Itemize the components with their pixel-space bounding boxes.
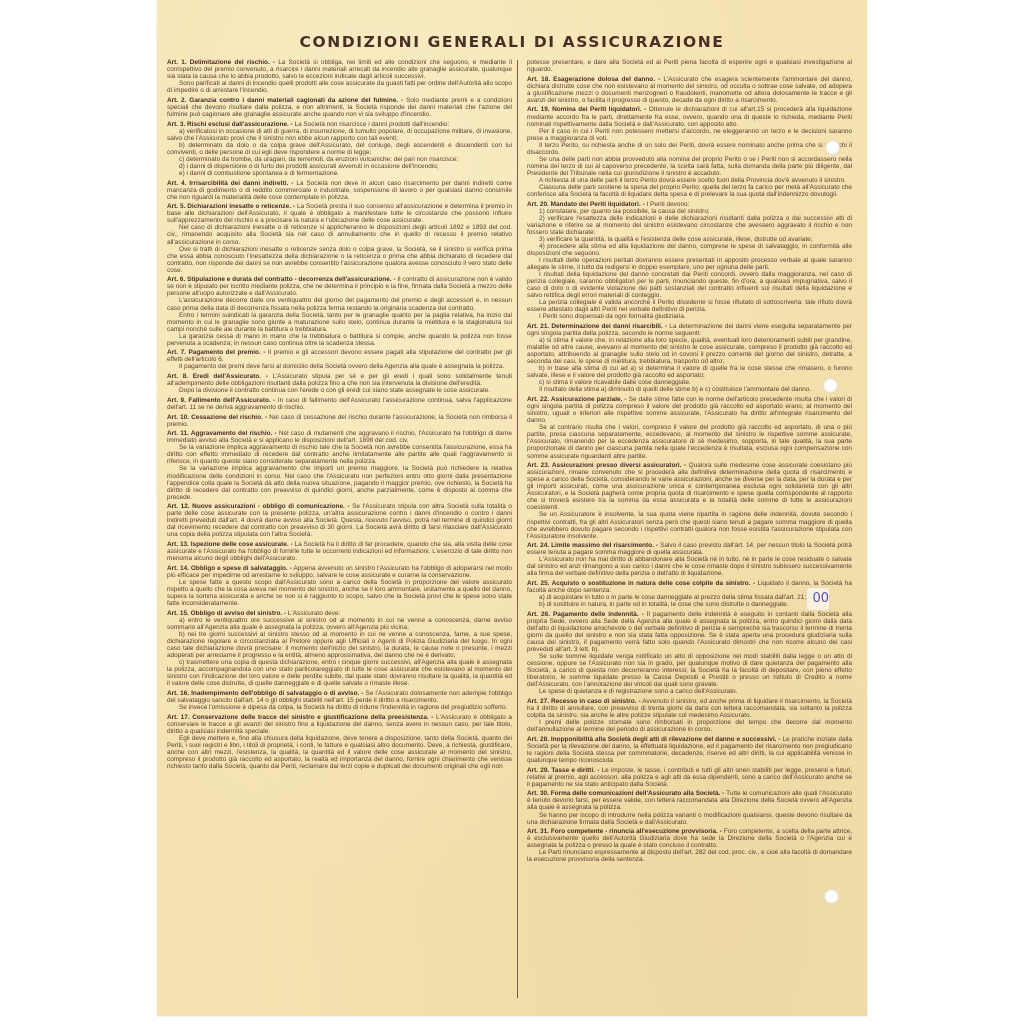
article-paragraph: b) determinato da dolo o da colpa grave … [167,142,512,156]
article-paragraph: L'Assicurato non ha mai diritto di abban… [527,556,852,577]
article-text: Se al contrario risulta che i valori, co… [527,424,852,459]
article-paragraph: Se invece l'omissione è dipesa da colpa,… [167,704,512,711]
article-text: Dopo la divisione il contratto continua … [179,387,490,394]
article-paragraph: Se la variazione implica aggravamento di… [167,444,512,465]
article: Art. 24. Limite massimo del risarcimento… [527,542,852,577]
article-paragraph: Il terzo Perito, su richiesta anche di u… [527,142,852,156]
article-heading: Art. 31. Foro competente - rinuncia all'… [527,828,722,835]
article-heading: Art. 17. Conservazione delle tracce del … [167,714,433,721]
article-heading: Art. 3. Rischi esclusi dall'assicurazion… [167,121,293,128]
article-text: b) in base alla stima di cui ad a) si de… [527,365,852,379]
article-text: Le Parti rinunciano espressamente al dis… [527,849,852,863]
article-paragraph: 3) verificare la quantità, la qualità e … [527,236,852,243]
article-paragraph: 1) constatare, per quanto sia possibile,… [527,208,852,215]
article-heading: Art. 29. Tasse e diritti. - [527,767,599,774]
article-paragraph: d) i danni di dispersione o di furto dei… [167,163,512,170]
article-paragraph: I risultati delle operazioni peritali do… [527,257,852,271]
article: Art. 18. Esagerazione dolosa del danno. … [527,76,852,104]
article-paragraph: c) trasmettere una copia di questa dichi… [167,659,512,687]
punch-hole [825,140,840,155]
article: Art. 16. Inadempimento dell'obbligo di s… [167,690,512,711]
article: potesse presentare, e dare alla Società … [527,59,852,73]
article-text: b) nei tre giorni successivi al sinistro… [167,631,512,659]
article: Art. 3. Rischi esclusi dall'assicurazion… [167,121,512,177]
article-text: 2) verificare l'esattezza delle indicazi… [527,215,852,236]
article-text: I Periti sono dispensati da ogni formali… [539,313,686,320]
article-paragraph: A richiesta di una delle parti il terzo … [527,177,852,184]
article-paragraph: Art. 17. Conservazione delle tracce del … [167,714,512,735]
article-heading: Art. 4. Irrisarcibilità dei danni indire… [167,180,293,187]
article: Art. 19. Nomina dei Periti liquidatori. … [527,106,852,198]
article-paragraph: I Periti sono dispensati da ogni formali… [527,313,852,320]
article-text: a) di acquistare in tutto o in parte le … [539,594,806,601]
article-text: c) determinato da trombe, da uragani, da… [179,156,458,163]
article-heading: Art. 25. Acquisto o sostituzione in natu… [527,580,755,587]
ink-stamp: 00 [807,588,829,610]
article: Art. 11. Aggravamento del rischio. - Nel… [167,430,512,500]
article-paragraph: Se un Assicuratore è insolvente, la sua … [527,511,852,539]
page-title: CONDIZIONI GENERALI DI ASSICURAZIONE [157,33,867,51]
article-heading: Art. 10. Cessazione del rischio. - [167,414,267,421]
article-paragraph: Art. 14. Obbligo e spese di salvataggio.… [167,565,512,579]
article: Art. 17. Conservazione delle tracce del … [167,714,512,770]
article-text: Nel caso di dichiarazioni inesatte o di … [167,224,512,245]
article: Art. 9. Fallimento dell'Assicurato. - In… [167,397,512,411]
article-heading: Art. 12. Nuove assicurazioni - obbligo d… [167,503,350,510]
article-paragraph: Se al contrario risulta che i valori, co… [527,424,852,459]
article-paragraph: Art. 23. Assicurazioni presso diversi as… [527,462,852,511]
article-paragraph: c) determinato da trombe, da uragani, da… [167,156,512,163]
article-text: 3) verificare la quantità, la qualità e … [539,236,813,243]
article-text: a) si stima il valore che, in relazione … [527,337,852,365]
article-heading: Art. 15. Obbligo di avviso del sinistro.… [167,610,286,617]
article-paragraph: Art. 18. Esagerazione dolosa del danno. … [527,76,852,104]
article: Art. 22. Assicurazione parziale. - Se da… [527,396,852,459]
article-text: potesse presentare, e dare alla Società … [527,59,852,73]
article-paragraph: Art. 30. Forma delle comunicazioni dell'… [527,790,852,811]
article-paragraph: 4) procedere alla stima ed alla liquidaz… [527,243,852,257]
punch-hole [824,889,839,904]
article-text: Il risultato della stima a) diminuito di… [539,386,811,393]
article-text: Sono parificati ai danni di incendio que… [167,80,512,94]
article-paragraph: Nel caso di dichiarazioni inesatte o di … [167,224,512,245]
article-paragraph: Art. 19. Nomina dei Periti liquidatori. … [527,106,852,127]
article-text: I risultati della liquidazione del danno… [527,271,852,299]
article-paragraph: La garanzia cessa di mano in mano che la… [167,333,512,347]
article: Art. 30. Forma delle comunicazioni dell'… [527,790,852,825]
article-heading: Art. 19. Nomina dei Periti liquidatori. … [527,106,646,113]
article-heading: Art. 7. Pagamento del premio. - [167,349,265,356]
article-paragraph: Se sulle somme liquidate venga notificat… [527,653,852,688]
article-paragraph: Art. 25. Acquisto o sostituzione in natu… [527,580,852,594]
article-paragraph: potesse presentare, e dare alla Società … [527,59,852,73]
article-heading: Art. 16. Inadempimento dell'obbligo di s… [167,690,364,697]
article: Art. 2. Garanzia contro i danni material… [167,97,512,118]
article-text: A richiesta di una delle parti il terzo … [539,177,846,184]
article-paragraph: Per il caso in cui i Periti non potesser… [527,128,852,142]
article: Art. 23. Assicurazioni presso diversi as… [527,462,852,540]
article-paragraph: Egli deve mettere e, fino alla chiusura … [167,735,512,770]
article-paragraph: Sono parificati ai danni di incendio que… [167,80,512,94]
article-heading: Art. 28. Inopponibilità alla Società deg… [527,736,781,743]
article-text: Ciascuna delle parti sostiene la spesa d… [527,184,852,198]
article-paragraph: I premi delle polizze stornate sono rimb… [527,719,852,733]
article-paragraph: Le spese di quietanza e di registrazione… [527,688,852,695]
article-paragraph: Dopo la divisione il contratto continua … [167,387,512,394]
article-paragraph: Art. 31. Foro competente - rinuncia all'… [527,828,852,849]
article-paragraph: Art. 6. Stipulazione e durata del contra… [167,276,512,297]
article-heading: Art. 14. Obbligo e spese di salvataggio.… [167,565,292,572]
article-paragraph: Ciascuna delle parti sostiene la spesa d… [527,184,852,198]
article: Art. 14. Obbligo e spese di salvataggio.… [167,565,512,607]
article-text: La garanzia cessa di mano in mano che la… [167,333,512,347]
article-text: L'assicurazione decorre dalle ore ventiq… [167,297,512,311]
article-text: Se la variazione implica aggravamento ch… [167,465,512,500]
article-text: Qualora sulle medesime cose assicurate c… [527,462,852,511]
article-text: Le spese fatte a questo scopo dall'Assic… [167,579,512,607]
article-paragraph: Art. 12. Nuove assicurazioni - obbligo d… [167,503,512,538]
article-paragraph: b) nei tre giorni successivi al sinistro… [167,631,512,659]
article-paragraph: Art. 5. Dichiarazioni inesatte o reticen… [167,203,512,224]
article: Art. 4. Irrisarcibilità dei danni indire… [167,180,512,201]
article: Art. 15. Obbligo di avviso del sinistro.… [167,610,512,688]
article-heading: Art. 21. Determinazione dei danni risarc… [527,323,667,330]
article-paragraph: b) di sostituire in natura, in parte od … [527,601,852,608]
article-text: L'Assicurato non ha mai diritto di abban… [527,556,852,577]
article: Art. 6. Stipulazione e durata del contra… [167,276,512,346]
article-paragraph: I risultati della liquidazione del danno… [527,271,852,299]
article-text: Ove si tratti di dichiarazioni inesatte … [167,246,512,274]
article-heading: Art. 1. Delimitazione del rischio. - [167,59,275,66]
article-heading: Art. 20. Mandato dei Periti liquidatori.… [527,201,645,208]
column-divider [517,60,518,998]
article-text: e) i danni di combustione spontanea e di… [179,170,339,177]
article: Art. 7. Pagamento del premio. - Il premi… [167,349,512,370]
article-text: Egli deve mettere e, fino alla chiusura … [167,735,512,770]
article-paragraph: Art. 27. Recesso in caso di sinistro. - … [527,698,852,719]
article-heading: Art. 30. Forma delle comunicazioni dell'… [527,790,724,797]
article-paragraph: Art. 22. Assicurazione parziale. - Se da… [527,396,852,424]
article-text: a) verificatosi in occasione di atti di … [167,128,512,142]
article-heading: Art. 23. Assicurazioni presso diversi as… [527,462,686,469]
article: Art. 5. Dichiarazioni inesatte o reticen… [167,203,512,273]
article: Art. 28. Inopponibilità alla Società deg… [527,736,852,764]
article-heading: Art. 24. Limite massimo del risarcimento… [527,542,658,549]
left-column: Art. 1. Delimitazione del rischio. - La … [167,59,512,773]
article-text: b) determinato da dolo o da colpa grave … [167,142,512,156]
article-text: L'Assicurato deve: [288,610,340,617]
article-paragraph: a) verificatosi in occasione di atti di … [167,128,512,142]
article: Art. 31. Foro competente - rinuncia all'… [527,828,852,863]
article-text: 1) constatare, per quanto sia possibile,… [539,208,710,215]
article-text: Entro i termini suindicati la garanzia d… [167,312,512,333]
article-paragraph: Entro i termini suindicati la garanzia d… [167,312,512,333]
article-paragraph: Art. 11. Aggravamento del rischio. - Nel… [167,430,512,444]
article-text: Se invece l'omissione è dipesa da colpa,… [179,704,507,711]
article-paragraph: Art. 24. Limite massimo del risarcimento… [527,542,852,556]
article-paragraph: a) di acquistare in tutto o in parte le … [527,594,852,601]
article: Art. 20. Mandato dei Periti liquidatori.… [527,201,852,321]
article-text: Se un Assicuratore è insolvente, la sua … [527,511,852,539]
article-text: Per il caso in cui i Periti non potesser… [527,128,852,142]
article-paragraph: Le spese fatte a questo scopo dall'Assic… [167,579,512,607]
article-text: c) si stima il valore ricavabile dalle c… [539,379,691,386]
article-paragraph: Le Parti rinunciano espressamente al dis… [527,849,852,863]
article-text: 4) procedere alla stima ed alla liquidaz… [527,243,852,257]
article-heading: Art. 18. Esagerazione dolosa del danno. … [527,76,660,83]
article-heading: Art. 5. Dichiarazioni inesatte o reticen… [167,203,295,210]
article-text: c) trasmettere una copia di questa dichi… [167,659,512,687]
article: Art. 8. Eredi dell'Assicurato. - L'Assic… [167,373,512,394]
article-paragraph: c) si stima il valore ricavabile dalle c… [527,379,852,386]
article-paragraph: Il pagamento dei premi deve farsi al dom… [167,363,512,370]
article-text: La perizia collegiale è valida ancorchè … [527,299,852,313]
article: Art. 10. Cessazione del rischio. - Nel c… [167,414,512,428]
article-text: I risultati delle operazioni peritali do… [527,257,852,271]
article-paragraph: a) entro le ventiquattro ore successive … [167,617,512,631]
article-text: I Periti devono: [646,201,689,208]
article-text: a) entro le ventiquattro ore successive … [167,617,512,631]
article: Art. 26. Pagamento delle indennità. - Il… [527,611,852,696]
article-text: Se hanno per iscopo di introdurre nella … [527,812,852,826]
article-text: I premi delle polizze stornate sono rimb… [527,719,852,733]
article-paragraph: Art. 29. Tasse e diritti. - Le imposte, … [527,767,852,788]
article-paragraph: Art. 4. Irrisarcibilità dei danni indire… [167,180,512,201]
article-paragraph: Art. 21. Determinazione dei danni risarc… [527,323,852,337]
article-paragraph: Art. 1. Delimitazione del rischio. - La … [167,59,512,80]
article-paragraph: Art. 7. Pagamento del premio. - Il premi… [167,349,512,363]
article-paragraph: La perizia collegiale è valida ancorchè … [527,299,852,313]
article-paragraph: Art. 10. Cessazione del rischio. - Nel c… [167,414,512,428]
article-text: Il pagamento dei premi deve farsi al dom… [179,363,504,370]
article-heading: Art. 8. Eredi dell'Assicurato. - [167,373,268,380]
article-heading: Art. 6. Stipulazione e durata del contra… [167,276,396,283]
article: Art. 21. Determinazione dei danni risarc… [527,323,852,393]
article: Art. 29. Tasse e diritti. - Le imposte, … [527,767,852,788]
article-heading: Art. 11. Aggravamento del rischio. - [167,430,277,437]
article-paragraph: Art. 3. Rischi esclusi dall'assicurazion… [167,121,512,128]
article-heading: Art. 9. Fallimento dell'Assicurato. - [167,397,275,404]
article-paragraph: Art. 16. Inadempimento dell'obbligo di s… [167,690,512,704]
article-paragraph: Art. 9. Fallimento dell'Assicurato. - In… [167,397,512,411]
article-text: Se sulle somme liquidate venga notificat… [527,653,852,688]
article-text: Il pagamento delle indennità è eseguito … [527,611,852,653]
article-text: d) i danni di dispersione o di furto dei… [179,163,439,170]
article: Art. 25. Acquisto o sostituzione in natu… [527,580,852,608]
article-paragraph: Art. 20. Mandato dei Periti liquidatori.… [527,201,852,208]
article-text: Se una delle parti non abbia provveduto … [527,156,852,177]
article-text: Il terzo Perito, su richiesta anche di u… [527,142,852,156]
article-paragraph: Ove si tratti di dichiarazioni inesatte … [167,246,512,274]
article-paragraph: Se la variazione implica aggravamento ch… [167,465,512,500]
article-heading: Art. 2. Garanzia contro i danni material… [167,97,403,104]
article-paragraph: Art. 15. Obbligo di avviso del sinistro.… [167,610,512,617]
document-page: CONDIZIONI GENERALI DI ASSICURAZIONE Art… [157,0,867,1016]
article: Art. 27. Recesso in caso di sinistro. - … [527,698,852,733]
punch-hole [823,378,838,393]
article: Art. 12. Nuove assicurazioni - obbligo d… [167,503,512,538]
article-paragraph: Art. 8. Eredi dell'Assicurato. - L'Assic… [167,373,512,387]
article-paragraph: b) in base alla stima di cui ad a) si de… [527,365,852,379]
article-paragraph: Art. 28. Inopponibilità alla Società deg… [527,736,852,764]
article-text: b) di sostituire in natura, in parte od … [539,601,788,608]
article: Art. 13. Ispezione delle cose assicurate… [167,541,512,562]
article-text: La Società non risarcisce i danni prodot… [294,121,449,128]
article-paragraph: a) si stima il valore che, in relazione … [527,337,852,365]
right-column: potesse presentare, e dare alla Società … [527,59,852,866]
article-heading: Art. 27. Recesso in caso di sinistro. - [527,698,641,705]
article-paragraph: Se hanno per iscopo di introdurre nella … [527,812,852,826]
article-heading: Art. 13. Ispezione delle cose assicurate… [167,541,293,548]
article-text: Le spese di quietanza e di registrazione… [539,688,737,695]
article-paragraph: Art. 26. Pagamento delle indennità. - Il… [527,611,852,653]
article-paragraph: Art. 13. Ispezione delle cose assicurate… [167,541,512,562]
article-heading: Art. 22. Assicurazione parziale. - [527,396,627,403]
article-paragraph: Se una delle parti non abbia provveduto … [527,156,852,177]
article-heading: Art. 26. Pagamento delle indennità. - [527,611,644,618]
article-paragraph: e) i danni di combustione spontanea e di… [167,170,512,177]
article-paragraph: 2) verificare l'esattezza delle indicazi… [527,215,852,236]
article: Art. 1. Delimitazione del rischio. - La … [167,59,512,94]
article-text: Se la variazione implica aggravamento di… [167,444,512,465]
article-paragraph: Art. 2. Garanzia contro i danni material… [167,97,512,118]
article-paragraph: L'assicurazione decorre dalle ore ventiq… [167,297,512,311]
article-paragraph: Il risultato della stima a) diminuito di… [527,386,852,393]
